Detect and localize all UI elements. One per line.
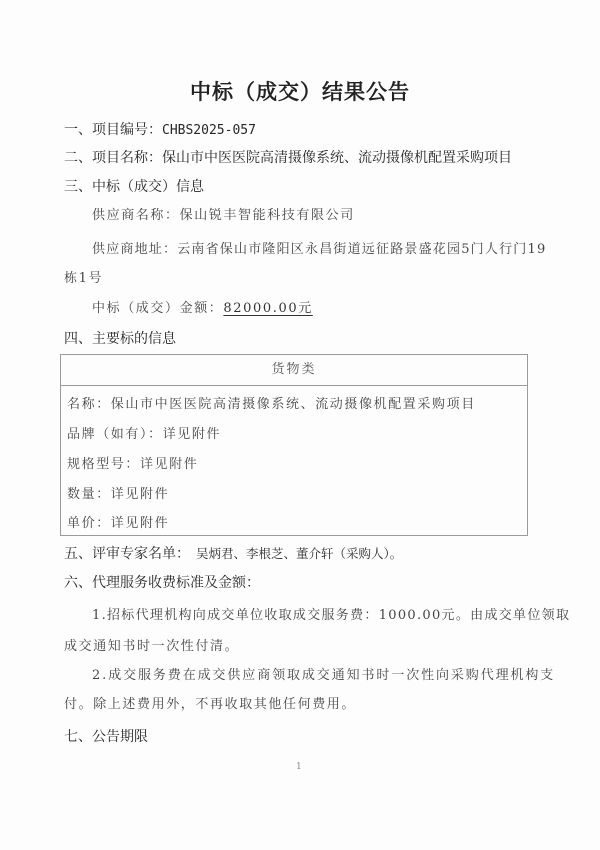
- table-row-brand: 品牌（如有）：详见附件: [67, 423, 221, 442]
- table-header: 货物类: [61, 355, 527, 386]
- document-page: 中标（成交）结果公告 一、项目编号：CHBS2025-057 二、项目名称：保山…: [0, 0, 600, 850]
- section-main-items-heading: 四、主要标的信息: [64, 330, 176, 348]
- fee-paragraph-1-line-1: 1.招标代理机构向成交单位收取成交服务费：1000.00元。由成交单位领取: [92, 607, 570, 625]
- award-amount-label: 中标（成交）金额：: [92, 301, 223, 316]
- project-name: 保山市中医医院高清摄像系统、流动摄像机配置采购项目: [162, 150, 512, 166]
- fee-paragraph-1-line-2: 成交通知书时一次性付清。: [64, 638, 239, 656]
- supplier-name-row: 供应商名称：保山锐丰智能科技有限公司: [92, 207, 355, 225]
- section-award-info-heading: 三、中标（成交）信息: [64, 178, 204, 196]
- supplier-address-row: 供应商地址：云南省保山市隆阳区永昌街道远征路景盛花园5门人行门19: [92, 241, 546, 259]
- page-title: 中标（成交）结果公告: [0, 76, 600, 106]
- supplier-name-label: 供应商名称：: [92, 208, 180, 223]
- table-row-spec: 规格型号：详见附件: [67, 453, 198, 472]
- supplier-address-continued: 栋1号: [64, 270, 103, 288]
- table-row-quantity: 数量：详见附件: [67, 483, 169, 502]
- section-label: 二、项目名称：: [64, 150, 162, 166]
- section-label: 一、项目编号：: [64, 122, 162, 138]
- award-amount-row: 中标（成交）金额：82000.00元: [92, 300, 313, 318]
- section-project-number: 一、项目编号：CHBS2025-057: [64, 121, 256, 140]
- award-amount: 82000.00元: [223, 301, 312, 316]
- expert-list: 吴炳君、李根芝、董介轩（采购人）。: [196, 546, 402, 561]
- supplier-address: 云南省保山市隆阳区永昌街道远征路景盛花园5门人行门19: [177, 242, 546, 257]
- section-label: 五、评审专家名单：: [64, 546, 190, 562]
- supplier-address-label: 供应商地址：: [92, 242, 177, 257]
- page-number: 1: [296, 762, 302, 772]
- section-project-name: 二、项目名称：保山市中医医院高清摄像系统、流动摄像机配置采购项目: [64, 149, 512, 167]
- fee-paragraph-2-line-2: 付。除上述费用外，不再收取其他任何费用。: [64, 696, 356, 714]
- main-items-table: 货物类 名称：保山市中医医院高清摄像系统、流动摄像机配置采购项目 品牌（如有）：…: [60, 354, 528, 536]
- section-experts: 五、评审专家名单：吴炳君、李根芝、董介轩（采购人）。: [64, 545, 402, 563]
- section-announcement-period-heading: 七、公告期限: [64, 728, 148, 746]
- fee-paragraph-2-line-1: 2.成交服务费在成交供应商领取成交通知书时一次性向采购代理机构支: [92, 667, 555, 685]
- section-agency-fee-heading: 六、代理服务收费标准及金额：: [64, 574, 260, 592]
- project-number: CHBS2025-057: [162, 123, 256, 138]
- supplier-name: 保山锐丰智能科技有限公司: [180, 208, 355, 223]
- table-row-unit-price: 单价：详见附件: [67, 512, 169, 531]
- table-row-name: 名称：保山市中医医院高清摄像系统、流动摄像机配置采购项目: [67, 393, 476, 412]
